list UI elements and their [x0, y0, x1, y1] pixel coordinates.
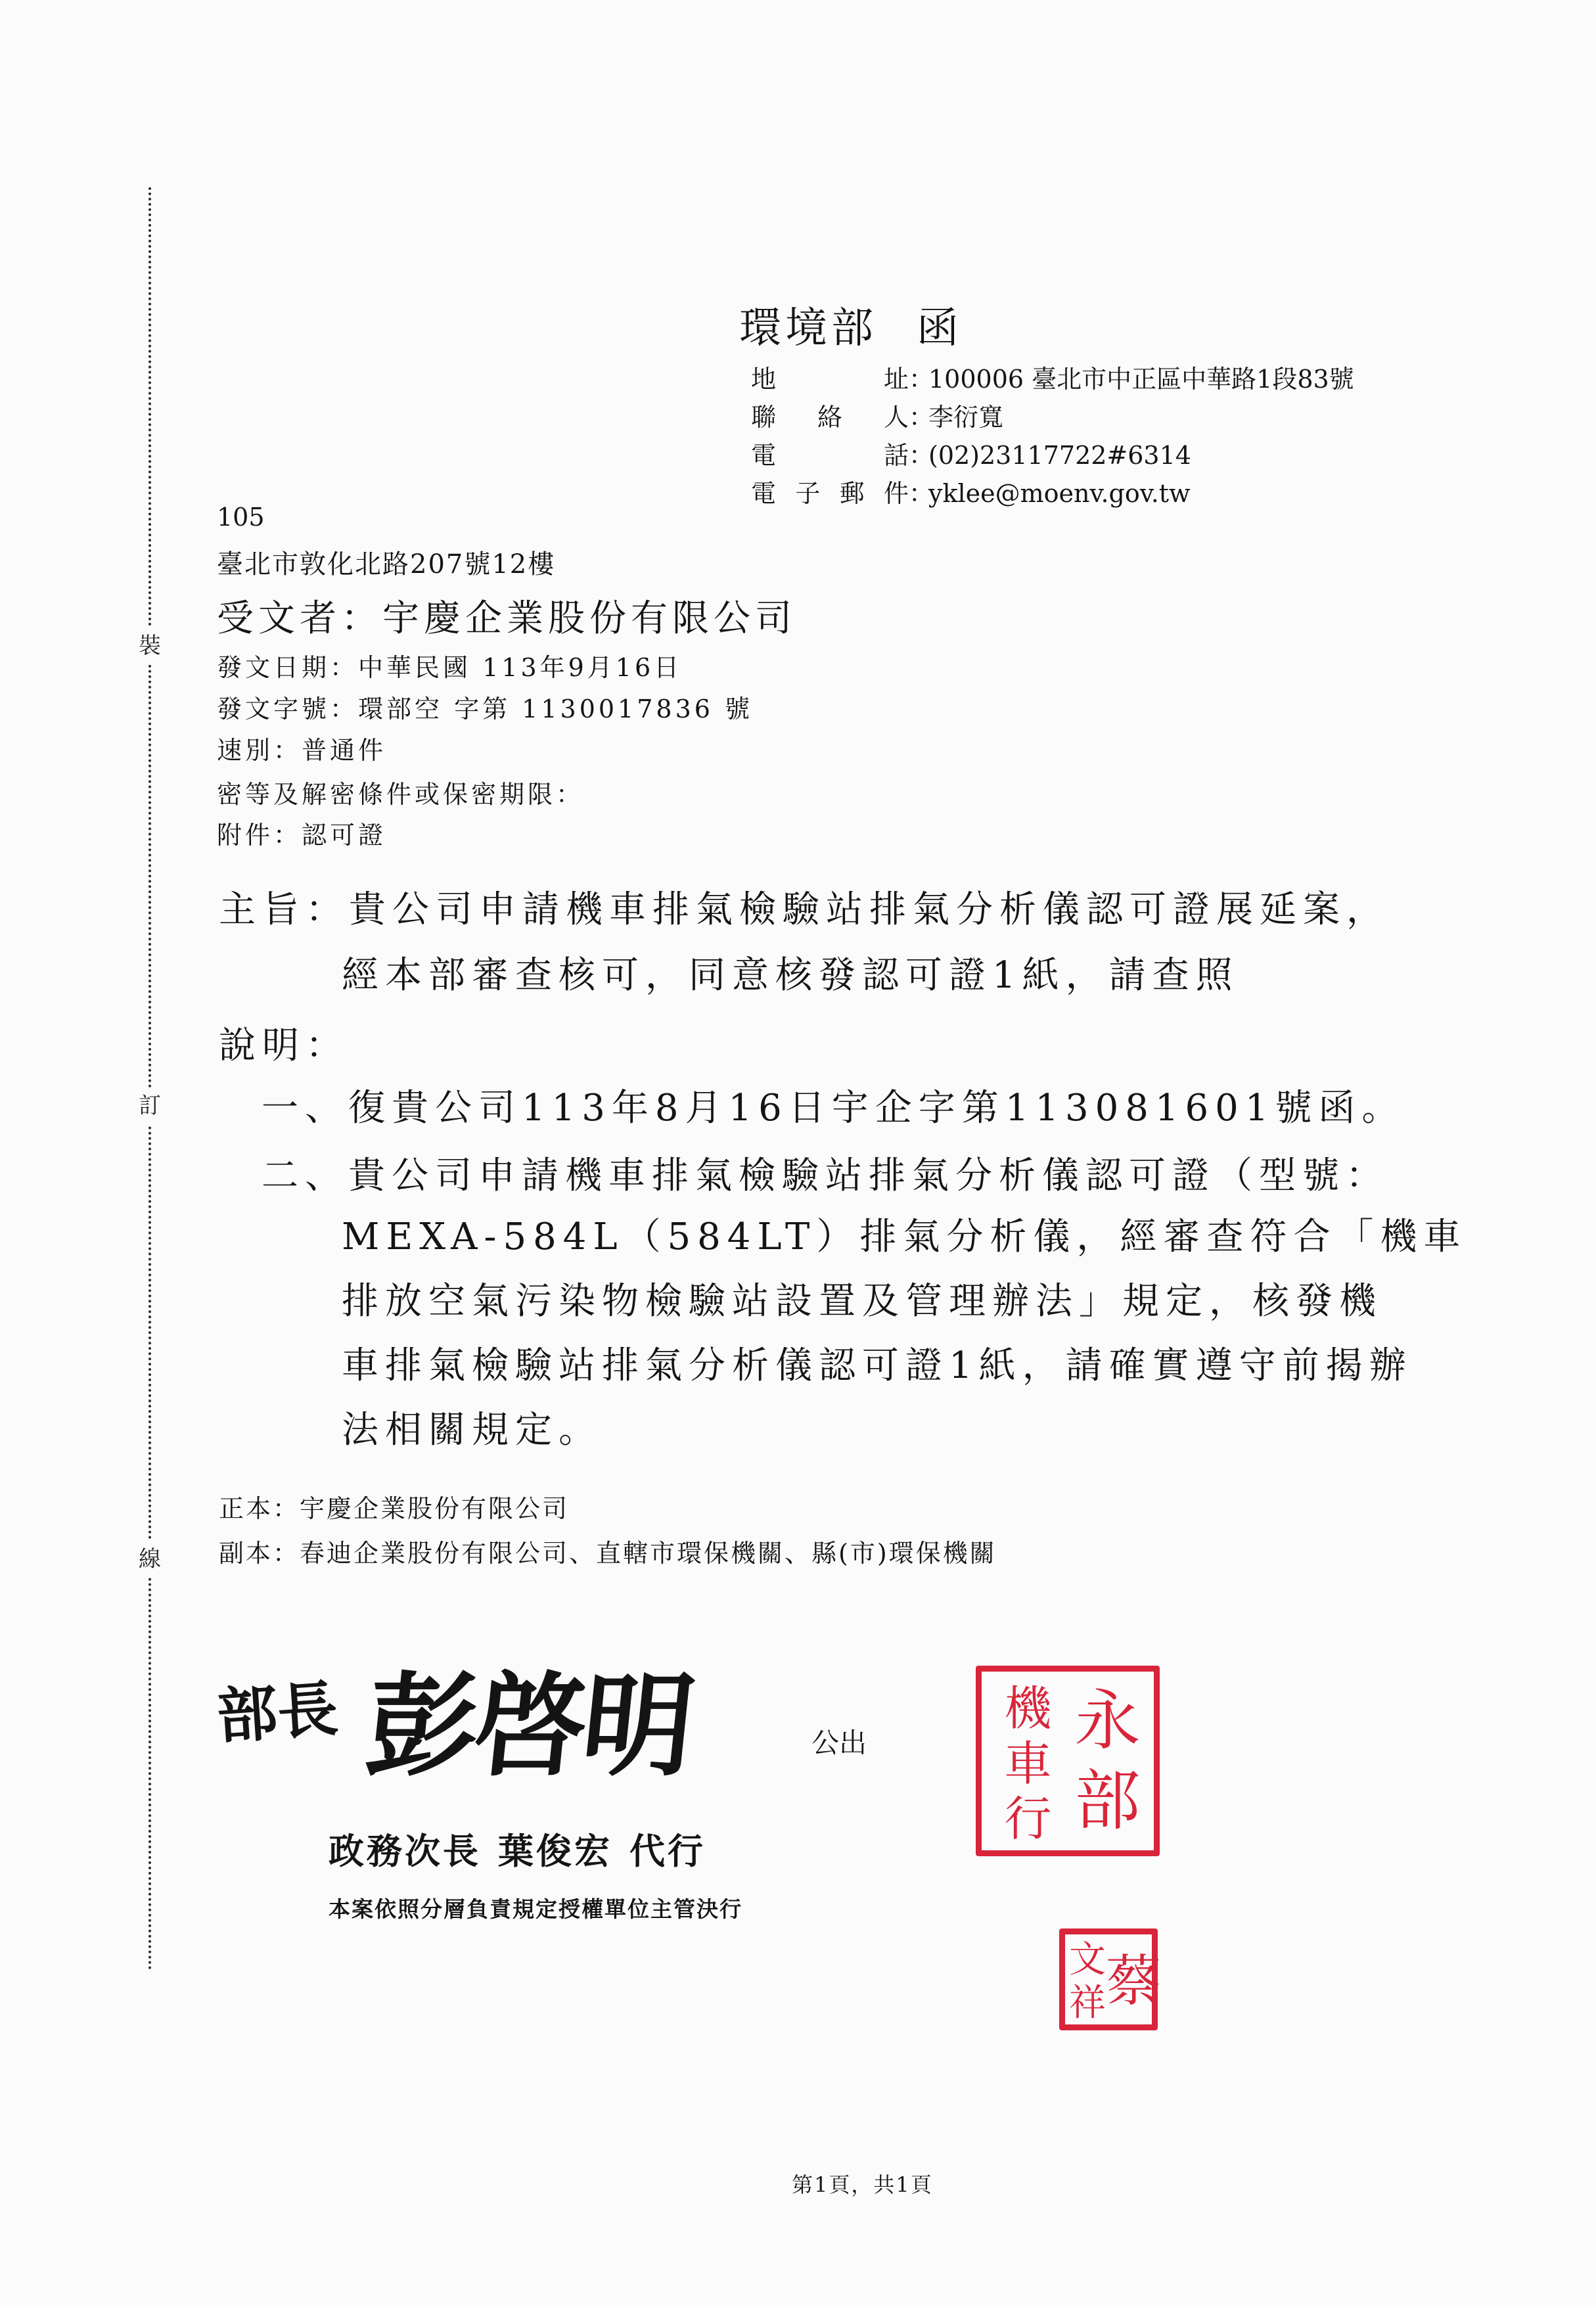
contact-value: 李衍寬 — [928, 403, 1003, 432]
seal-char: 車 — [1004, 1736, 1051, 1791]
postal-code: 105 — [217, 503, 265, 532]
contact-email: 電子郵件：yklee@moenv.gov.tw — [751, 474, 1191, 513]
item-text: 復貴公司113年8月16日宇企字第113081601號函。 — [348, 1087, 1405, 1130]
contact-label: 電子郵件 — [751, 474, 909, 513]
recipient-label: 受文者： — [217, 597, 382, 640]
subject-line-1: 主旨：貴公司申請機車排氣檢驗站排氣分析儀認可證展延案， — [219, 880, 1390, 933]
meta-value: 中華民國 113年9月16日 — [358, 653, 682, 682]
original-recipient: 正本：宇慶企業股份有限公司 — [219, 1488, 569, 1524]
recipient-address: 臺北市敦化北路207號12樓 — [217, 543, 555, 581]
document-title: 環境部函 — [739, 294, 963, 355]
urgency: 速別：普通件 — [217, 730, 386, 766]
binding-dotted-line — [148, 187, 151, 1971]
description-item-2-line-4: 車排氣檢驗站排氣分析儀認可證1紙，請確實遵守前揭辦 — [342, 1336, 1413, 1389]
seal-char: 行 — [1004, 1791, 1051, 1846]
binding-mark-ding: 訂 — [131, 1087, 168, 1124]
meta-label: 發文字號： — [217, 695, 358, 723]
contact-label: 地址 — [751, 360, 909, 398]
dist-label: 正本： — [219, 1494, 300, 1523]
description-item-2-line-3: 排放空氣污染物檢驗站設置及管理辦法」規定，核發機 — [342, 1272, 1382, 1325]
personal-seal-stamp: 文 祥 蔡 — [1059, 1928, 1158, 2030]
seal-char: 祥 — [1069, 1982, 1106, 2025]
contact-label: 電話 — [751, 436, 909, 474]
meta-value: 普通件 — [302, 736, 386, 765]
description-item-2-line-5: 法相關規定。 — [342, 1401, 602, 1453]
meta-label: 發文日期： — [217, 653, 358, 682]
signature-status: 公出 — [811, 1722, 867, 1761]
recipient: 受文者：宇慶企業股份有限公司 — [217, 589, 796, 642]
dist-label: 副本： — [219, 1539, 300, 1568]
dist-value: 宇慶企業股份有限公司 — [300, 1494, 569, 1523]
doc-type: 函 — [917, 304, 963, 353]
deputy-signature: 政務次長葉俊宏代行 — [329, 1823, 706, 1874]
meta-value: 環部空 字第 1130017836 號 — [358, 695, 753, 723]
issue-date: 發文日期：中華民國 113年9月16日 — [217, 647, 682, 683]
dist-value: 春迪企業股份有限公司、直轄市環保機關、縣(市)環保機關 — [300, 1539, 997, 1568]
delegation-note: 本案依照分層負責規定授權單位主管決行 — [329, 1892, 742, 1923]
description-label: 說明： — [219, 1016, 349, 1069]
meta-label: 速別： — [217, 736, 302, 765]
seal-left-column: 機 車 行 — [988, 1681, 1068, 1841]
seal-char: 機 — [1004, 1681, 1051, 1736]
subject-label: 主旨： — [219, 888, 349, 931]
meta-label: 附件： — [217, 821, 302, 850]
attachment: 附件：認可證 — [217, 815, 386, 851]
item-text: 貴公司申請機車排氣檢驗站排氣分析儀認可證（型號： — [348, 1154, 1389, 1197]
description-item-1: 一、復貴公司113年8月16日宇企字第113081601號函。 — [262, 1079, 1405, 1131]
description-item-2-line-2: MEXA-584L（584LT）排氣分析儀，經審查符合「機車 — [342, 1208, 1467, 1260]
item-marker: 二、 — [262, 1154, 348, 1197]
page-number: 第1頁，共1頁 — [792, 2168, 933, 2199]
contact-person: 聯絡人：李衍寬 — [751, 398, 1003, 436]
copy-recipients: 副本：春迪企業股份有限公司、直轄市環保機關、縣(市)環保機關 — [219, 1533, 997, 1569]
contact-value: (02)23117722#6314 — [928, 441, 1191, 470]
agency-name: 環境部 — [739, 304, 877, 353]
item-marker: 一、 — [262, 1087, 348, 1130]
classification: 密等及解密條件或保密期限： — [217, 774, 584, 810]
seal-char: 文 — [1069, 1938, 1106, 1982]
meta-label: 密等及解密條件或保密期限： — [217, 780, 584, 809]
signature-name: 彭啓明 — [359, 1636, 700, 1797]
deputy-action: 代行 — [629, 1831, 706, 1872]
binding-mark-zhuang: 裝 — [131, 628, 168, 664]
seal-right-column: 永 部 — [1068, 1681, 1147, 1841]
seal-left-column: 文 祥 — [1069, 1938, 1106, 2020]
contact-value: yklee@moenv.gov.tw — [928, 479, 1191, 508]
signature-title: 部長 — [214, 1660, 340, 1756]
binding-mark-xian: 線 — [131, 1541, 168, 1578]
deputy-title: 政務次長 — [329, 1831, 481, 1872]
seal-char: 蔡 — [1106, 1938, 1161, 2024]
seal-right-column: 蔡 — [1106, 1938, 1161, 2020]
description-item-2: 二、貴公司申請機車排氣檢驗站排氣分析儀認可證（型號： — [262, 1147, 1389, 1199]
contact-address: 地址：100006 臺北市中正區中華路1段83號 — [751, 360, 1354, 398]
seal-char: 部 — [1075, 1762, 1141, 1840]
subject-text: 貴公司申請機車排氣檢驗站排氣分析儀認可證展延案， — [349, 888, 1390, 931]
document-number: 發文字號：環部空 字第 1130017836 號 — [217, 689, 753, 725]
company-seal-stamp: 機 車 行 永 部 — [976, 1666, 1160, 1856]
meta-value: 認可證 — [302, 821, 386, 850]
subject-line-2: 經本部審查核可，同意核發認可證1紙，請查照 — [342, 946, 1239, 999]
contact-value: 100006 臺北市中正區中華路1段83號 — [928, 365, 1354, 394]
deputy-name: 葉俊宏 — [498, 1831, 612, 1872]
contact-phone: 電話：(02)23117722#6314 — [751, 436, 1191, 474]
seal-char: 永 — [1075, 1682, 1141, 1760]
recipient-name: 宇慶企業股份有限公司 — [382, 597, 796, 640]
contact-label: 聯絡人 — [751, 398, 909, 436]
